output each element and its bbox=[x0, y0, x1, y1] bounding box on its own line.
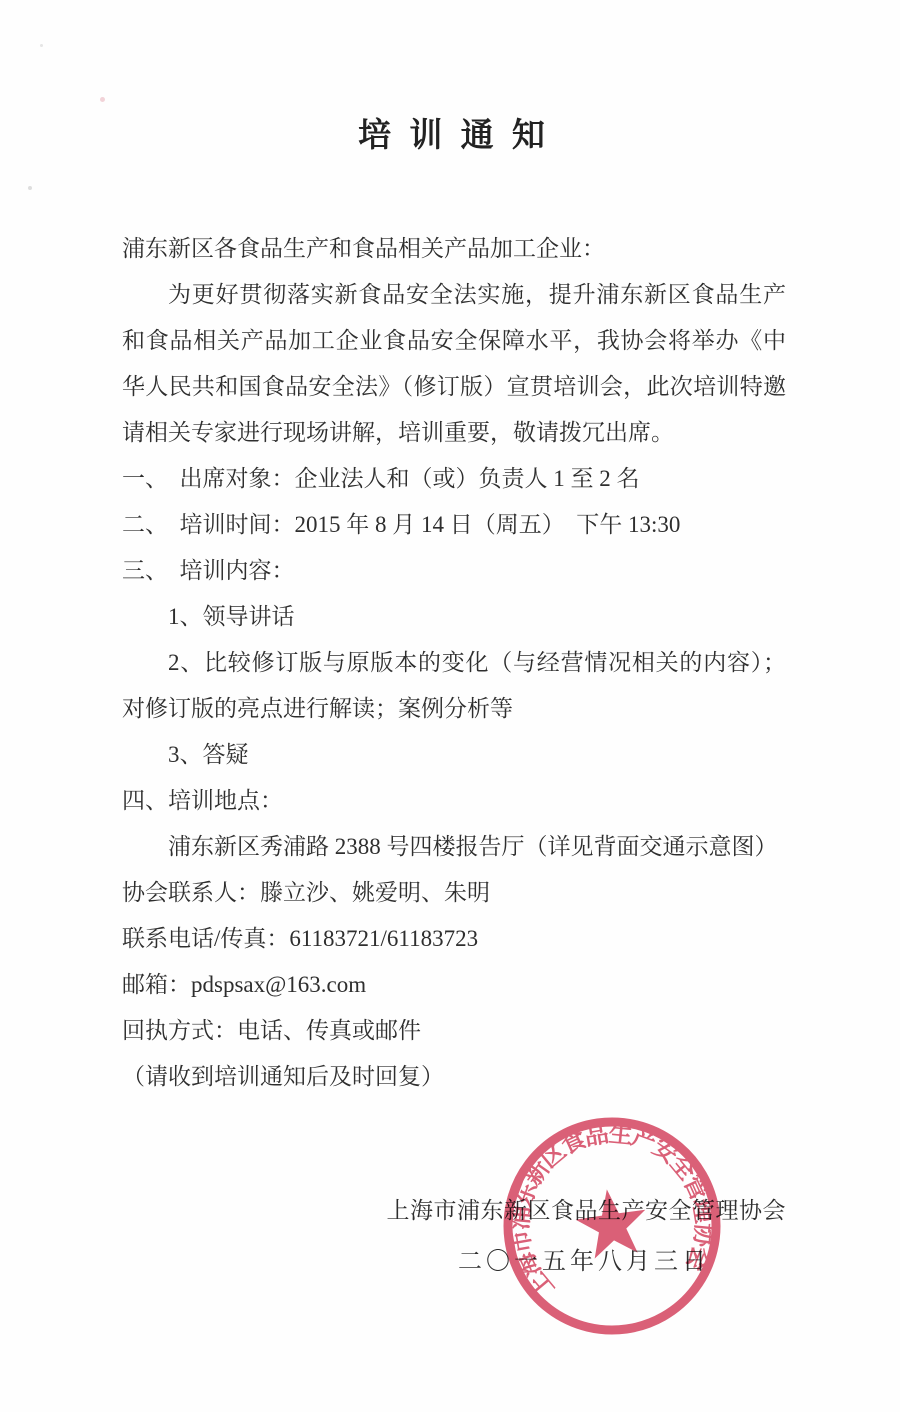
reply-method-line: 回执方式：电话、传真或邮件 bbox=[122, 1008, 786, 1054]
list-item-content: 三、 培训内容： bbox=[122, 548, 786, 594]
signature-org: 上海市浦东新区食品生产安全管理协会 bbox=[122, 1188, 786, 1234]
notice-content: 培 训 通 知 浦东新区各食品生产和食品相关产品加工企业： 为更好贯彻落实新食品… bbox=[122, 112, 786, 1285]
intro-paragraph: 为更好贯彻落实新食品安全法实施，提升浦东新区食品生产和食品相关产品加工企业食品安… bbox=[122, 272, 786, 456]
scanned-notice-page: 培 训 通 知 浦东新区各食品生产和食品相关产品加工企业： 为更好贯彻落实新食品… bbox=[0, 0, 900, 1412]
signature-block: 上海市浦东新区食品生产安全管理协会 二〇一五年八月三日 bbox=[122, 1188, 786, 1285]
phone-fax-line: 联系电话/传真：61183721/61183723 bbox=[122, 916, 786, 962]
notice-title: 培 训 通 知 bbox=[122, 112, 786, 160]
scan-artifact-speck bbox=[100, 97, 105, 102]
email-line: 邮箱：pdspsax@163.com bbox=[122, 962, 786, 1008]
list-item-location-heading: 四、培训地点： bbox=[122, 778, 786, 824]
scan-artifact-speck bbox=[28, 186, 32, 190]
content-item-2: 2、比较修订版与原版本的变化（与经营情况相关的内容）；对修订版的亮点进行解读；案… bbox=[122, 640, 786, 732]
list-item-attendees: 一、 出席对象：企业法人和（或）负责人 1 至 2 名 bbox=[122, 456, 786, 502]
location-line: 浦东新区秀浦路 2388 号四楼报告厅（详见背面交通示意图） bbox=[122, 824, 786, 870]
signature-date: 二〇一五年八月三日 bbox=[122, 1239, 786, 1285]
contact-persons-line: 协会联系人：滕立沙、姚爱明、朱明 bbox=[122, 870, 786, 916]
scan-artifact-speck bbox=[40, 44, 43, 47]
list-item-time: 二、 培训时间：2015 年 8 月 14 日（周五） 下午 13:30 bbox=[122, 502, 786, 548]
content-item-3: 3、答疑 bbox=[122, 732, 786, 778]
content-item-1: 1、领导讲话 bbox=[122, 594, 786, 640]
reply-note-line: （请收到培训通知后及时回复） bbox=[122, 1054, 786, 1100]
salutation: 浦东新区各食品生产和食品相关产品加工企业： bbox=[122, 226, 786, 272]
